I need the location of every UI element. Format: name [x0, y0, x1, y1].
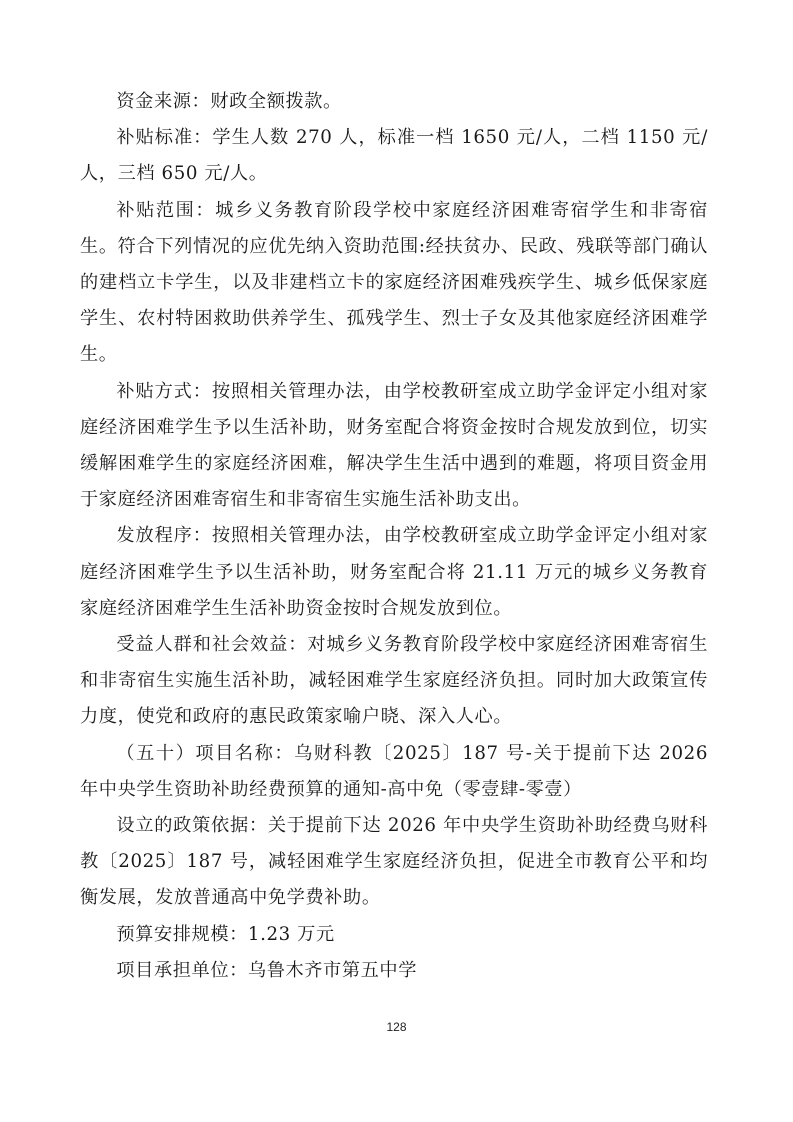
- paragraph-policy-basis: 设立的政策依据：关于提前下达 2026 年中央学生资助补助经费乌财科教〔2025…: [80, 808, 708, 917]
- paragraph-subsidy-scope: 补贴范围：城乡义务教育阶段学校中家庭经济困难寄宿学生和非寄宿生。符合下列情况的应…: [80, 193, 708, 374]
- paragraph-subsidy-method: 补贴方式：按照相关管理办法，由学校教研室成立助学金评定小组对家庭经济困难学生予以…: [80, 374, 708, 519]
- paragraph-responsible-unit: 项目承担单位：乌鲁木齐市第五中学: [80, 953, 708, 989]
- paragraph-beneficiaries: 受益人群和社会效益：对城乡义务教育阶段学校中家庭经济困难寄宿生和非寄宿生实施生活…: [80, 627, 708, 736]
- paragraph-project-name: （五十）项目名称：乌财科教〔2025〕187 号-关于提前下达 2026 年中央…: [80, 736, 708, 808]
- paragraph-distribution-procedure: 发放程序：按照相关管理办法，由学校教研室成立助学金评定小组对家庭经济困难学生予以…: [80, 518, 708, 627]
- paragraph-budget-scale: 预算安排规模：1.23 万元: [80, 917, 708, 953]
- paragraph-subsidy-standard: 补贴标准：学生人数 270 人，标准一档 1650 元/人，二档 1150 元/…: [80, 120, 708, 192]
- paragraph-funding-source: 资金来源：财政全额拨款。: [80, 84, 708, 120]
- document-body: 资金来源：财政全额拨款。 补贴标准：学生人数 270 人，标准一档 1650 元…: [80, 84, 708, 989]
- page-number: 128: [0, 1020, 793, 1034]
